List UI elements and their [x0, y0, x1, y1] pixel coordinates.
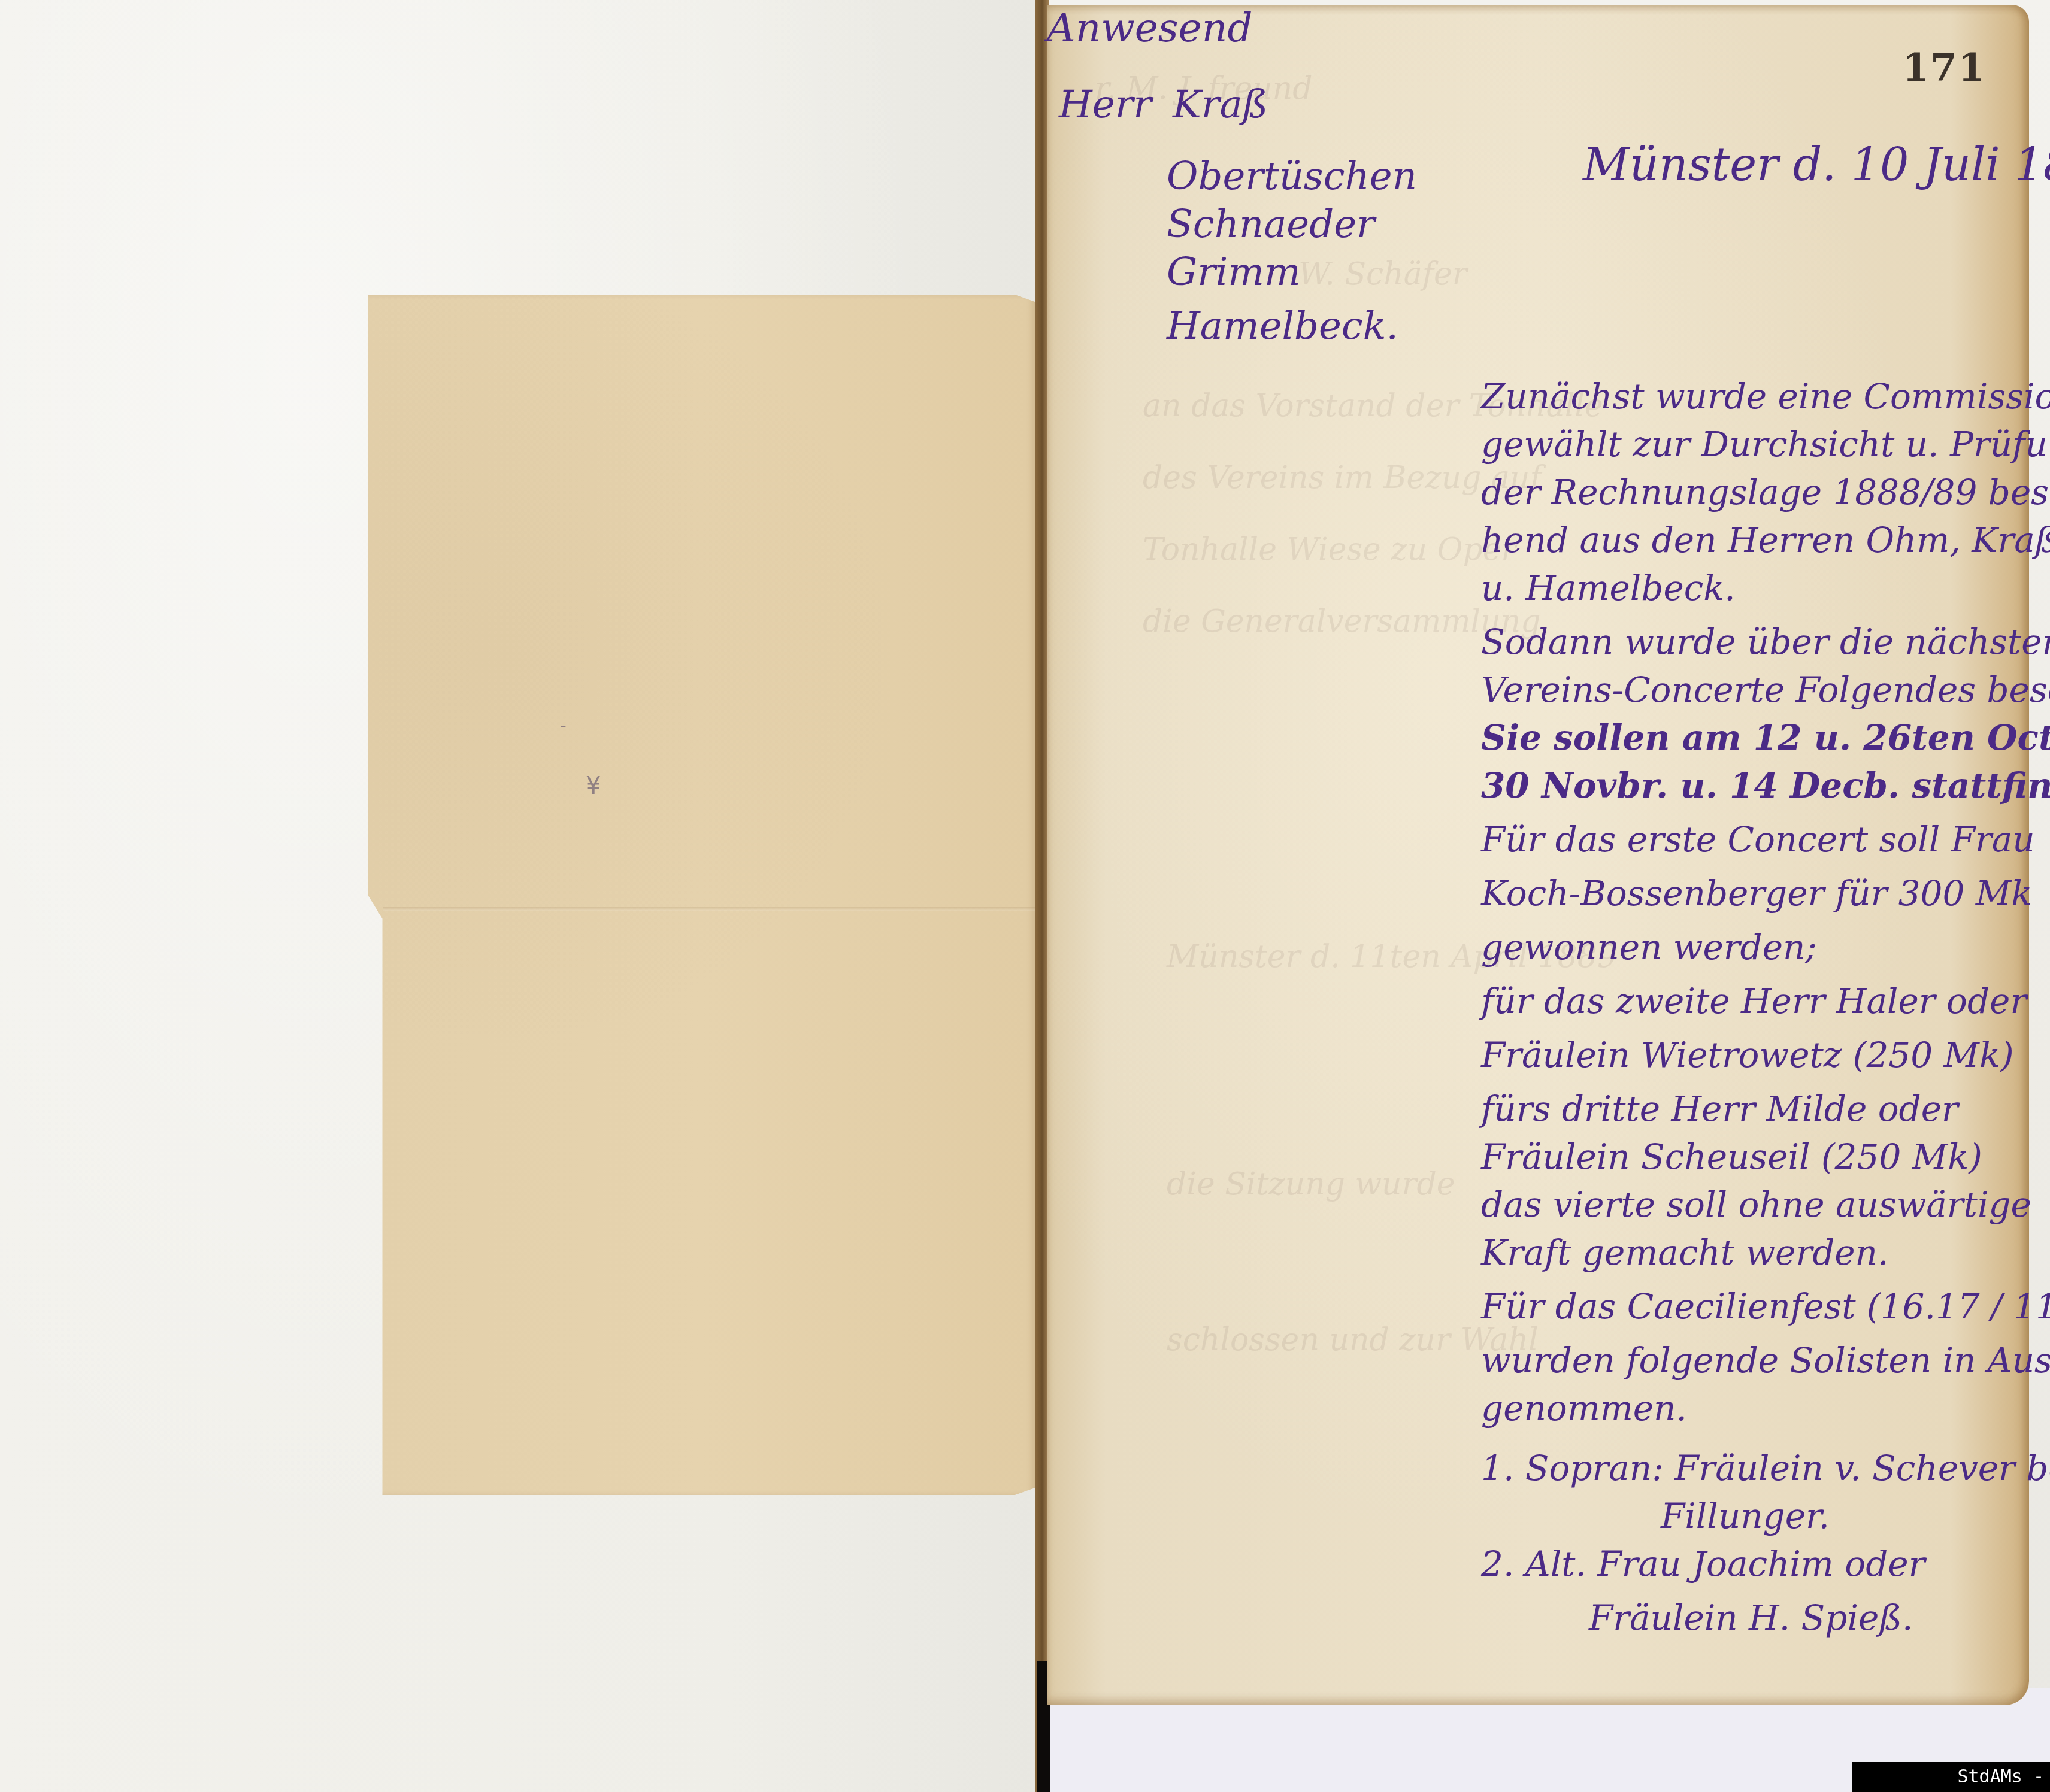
- minutes-line: wurden folgende Solisten in Aussicht: [1481, 1340, 2050, 1381]
- attendee-name: Schnaeder: [1167, 202, 1375, 247]
- minutes-line: Koch-Bossenberger für 300 Mk: [1481, 873, 2032, 914]
- minutes-line: Vereins-Concerte Folgendes beschlossen.: [1481, 669, 2050, 710]
- minutes-line: genommen.: [1481, 1388, 1687, 1429]
- minutes-line: für das zweite Herr Haler oder: [1481, 981, 2027, 1021]
- minutes-line: 1. Sopran: Fräulein v. Schever beziehung…: [1481, 1448, 2050, 1488]
- archive-reference-label: StdAMs - MV_004_222: [1852, 1762, 2050, 1792]
- insert-fold-line: [383, 907, 1036, 911]
- insert-mark: -: [560, 715, 567, 736]
- minutes-line: Fräulein H. Spieß.: [1589, 1597, 1913, 1638]
- insert-mark: ¥: [586, 772, 601, 800]
- minutes-line: gewonnen werden;: [1481, 927, 1817, 968]
- date-line: Münster d. 10 Juli 1889.: [1583, 138, 2050, 191]
- minutes-line: Für das Caecilienfest (16.17 / 11): [1481, 1286, 2050, 1327]
- attendees-heading: Anwesend: [1047, 5, 1252, 51]
- page-number: 171: [1902, 46, 1986, 90]
- minutes-line: der Rechnungslage 1888/89 beste-: [1481, 472, 2050, 513]
- minutes-line: gewählt zur Durchsicht u. Prüfung: [1481, 424, 2050, 465]
- minutes-line: hend aus den Herren Ohm, Kraß: [1481, 520, 2050, 560]
- minutes-line: Für das erste Concert soll Frau: [1481, 819, 2035, 860]
- minutes-line: Fillunger.: [1661, 1496, 1830, 1536]
- minutes-line: Sodann wurde über die nächsten: [1481, 621, 2050, 662]
- document-scan: - ¥ r. M. J. freund W. Schäfer an das Vo…: [0, 0, 2050, 1792]
- insert-slip: [368, 295, 1035, 1495]
- minutes-line: Sie sollen am 12 u. 26ten October: [1481, 717, 2050, 758]
- minutes-line: 2. Alt. Frau Joachim oder: [1481, 1544, 1925, 1584]
- attendee-name: Hamelbeck.: [1167, 304, 1398, 348]
- minutes-line: u. Hamelbeck.: [1481, 568, 1736, 608]
- minutes-line: Zunächst wurde eine Commission: [1481, 376, 2050, 417]
- minutes-line: Kraft gemacht werden.: [1481, 1232, 1888, 1273]
- minutes-line: 30 Novbr. u. 14 Decb. stattfinden.: [1481, 765, 2050, 806]
- manuscript-page: r. M. J. freund W. Schäfer an das Vorsta…: [1047, 5, 2029, 1705]
- attendee-name: Kraß: [1173, 83, 1268, 127]
- attendees-salutation: Herr: [1059, 83, 1152, 127]
- minutes-line: fürs dritte Herr Milde oder: [1481, 1088, 1958, 1129]
- attendee-name: Grimm: [1167, 250, 1301, 295]
- minutes-line: das vierte soll ohne auswärtige: [1481, 1184, 2031, 1225]
- minutes-line: Fräulein Wietrowetz (250 Mk): [1481, 1035, 2014, 1075]
- minutes-line: Fräulein Scheuseil (250 Mk): [1481, 1136, 1982, 1177]
- attendee-name: Obertüschen: [1167, 154, 1417, 199]
